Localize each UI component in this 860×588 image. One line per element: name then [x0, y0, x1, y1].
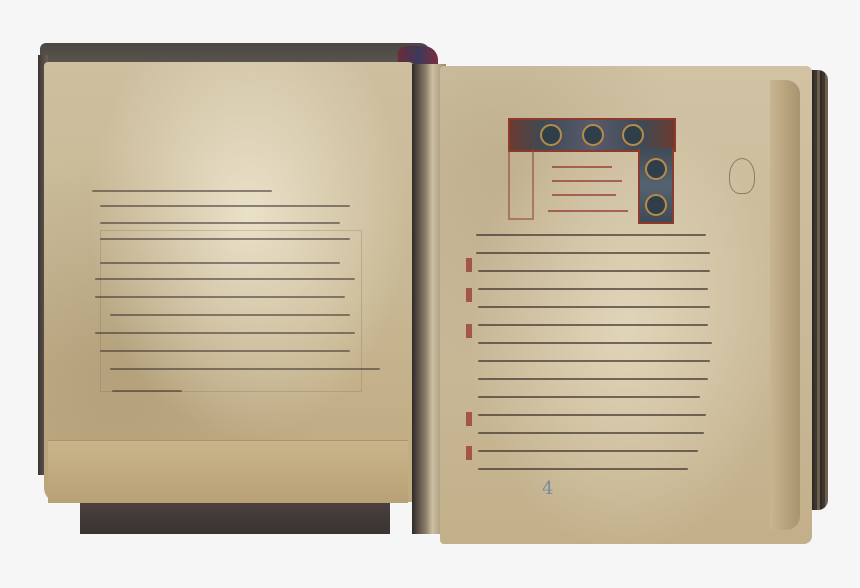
- leather-cover-bottom: [80, 500, 390, 534]
- medallion-icon: [540, 124, 562, 146]
- rubric-title-line: [552, 194, 616, 196]
- rubric-title-line: [552, 180, 622, 182]
- headpiece-left-column: [508, 148, 534, 220]
- rubric-title-line: [548, 210, 628, 212]
- right-page-curled-edge: [770, 80, 800, 530]
- medallion-icon: [645, 194, 667, 216]
- rubric-title-line: [552, 166, 612, 168]
- medallion-icon: [622, 124, 644, 146]
- medallion-icon: [645, 158, 667, 180]
- marginal-portrait-sketch: [729, 158, 755, 194]
- illuminated-headpiece: [508, 118, 672, 224]
- headpiece-top-band: [508, 118, 676, 152]
- left-page-folded-flap: [48, 440, 408, 503]
- headpiece-right-column: [638, 148, 674, 224]
- folio-number: 4: [542, 478, 553, 499]
- medallion-icon: [582, 124, 604, 146]
